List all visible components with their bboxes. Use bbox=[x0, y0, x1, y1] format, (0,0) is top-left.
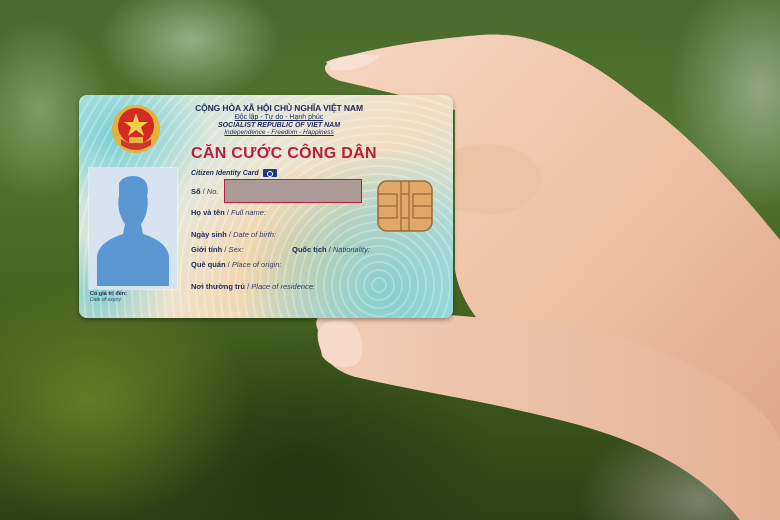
field-number: Số / No. bbox=[191, 187, 219, 196]
chip-card-icon bbox=[263, 169, 277, 177]
country-name-vi: CỘNG HÒA XÃ HỘI CHỦ NGHĨA VIỆT NAM bbox=[174, 103, 384, 113]
card-title: CĂN CƯỚC CÔNG DÂN bbox=[191, 145, 377, 163]
field-date-of-birth: Ngày sinh / Date of birth: bbox=[191, 230, 276, 239]
national-emblem-icon bbox=[109, 103, 163, 157]
card-subtitle: Citizen Identity Card bbox=[191, 169, 277, 177]
portrait-photo bbox=[89, 168, 177, 289]
field-full-name: Họ và tên / Full name: bbox=[191, 208, 266, 217]
card-header: CỘNG HÒA XÃ HỘI CHỦ NGHĨA VIỆT NAM Độc l… bbox=[174, 103, 384, 136]
country-name-en: SOCIALIST REPUBLIC OF VIET NAM bbox=[174, 122, 384, 129]
citizen-id-card: CỘNG HÒA XÃ HỘI CHỦ NGHĨA VIỆT NAM Độc l… bbox=[79, 95, 453, 318]
smart-chip-icon bbox=[377, 180, 433, 232]
field-nationality: Quốc tịch / Nationality: bbox=[292, 245, 370, 254]
id-number-redaction bbox=[224, 179, 362, 203]
motto-en: Independence - Freedom - Happiness bbox=[174, 129, 384, 136]
person-silhouette-icon bbox=[89, 168, 177, 289]
field-place-of-residence: Nơi thường trú / Place of residence: bbox=[191, 282, 315, 291]
field-place-of-origin: Quê quán / Place of origin: bbox=[191, 260, 281, 269]
card-subtitle-text: Citizen Identity Card bbox=[191, 170, 259, 177]
expiry-label: Có giá trị đến: Date of expiry bbox=[90, 291, 127, 303]
motto-vi: Độc lập - Tự do - Hạnh phúc bbox=[174, 114, 384, 121]
field-sex: Giới tính / Sex: bbox=[191, 245, 243, 254]
